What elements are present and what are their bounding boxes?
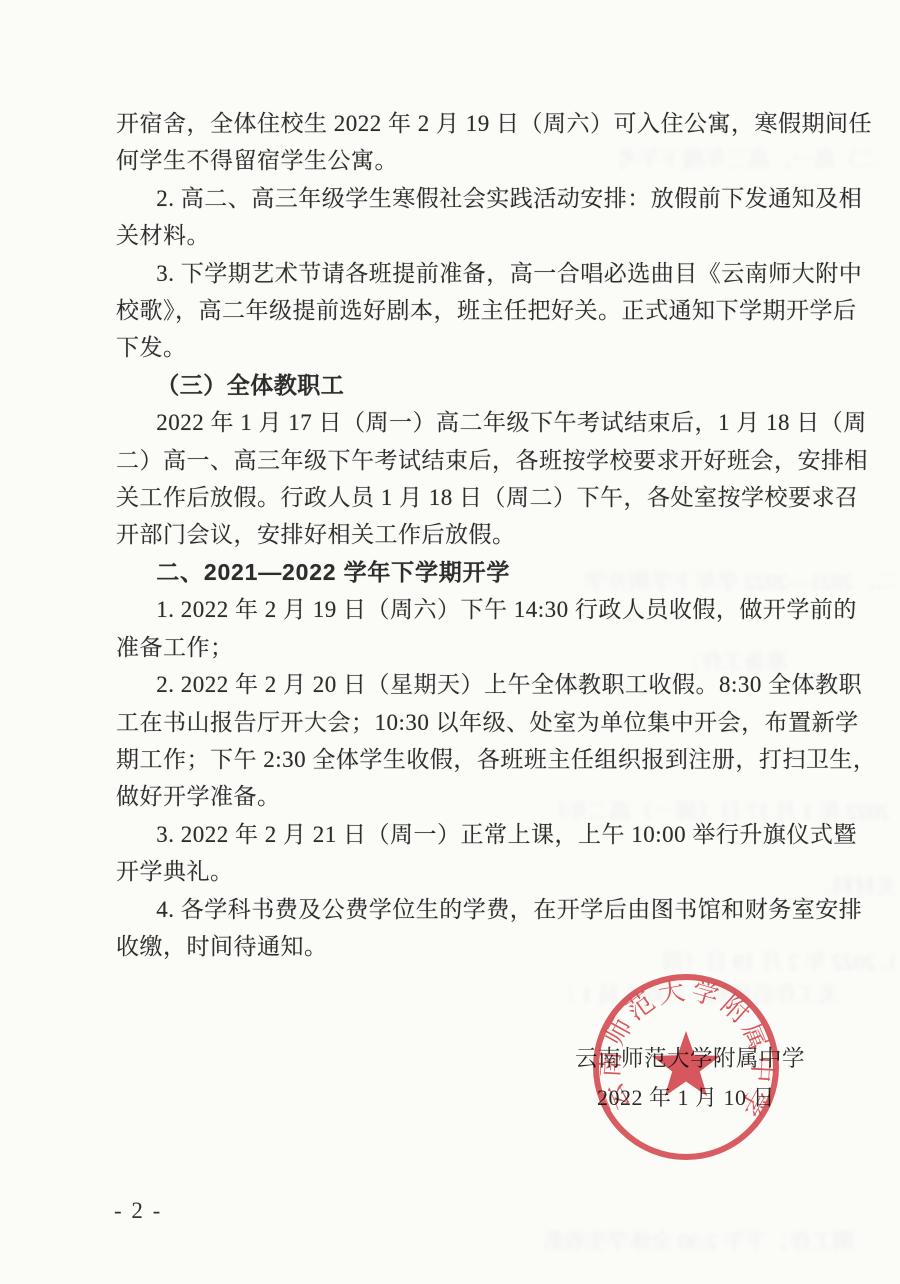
document-line: 开宿舍，全体住校生 2022 年 2 月 19 日（周六）可入住公寓，寒假期间任 bbox=[116, 105, 792, 142]
document-line: 二）高一、高三年级下午考试结束后，各班按学校要求开好班会，安排相 bbox=[116, 442, 792, 479]
page-number: - 2 - bbox=[114, 1198, 162, 1224]
document-line: 期工作；下午 2:30 全体学生收假，各班班主任组织报到注册，打扫卫生， bbox=[116, 741, 792, 778]
document-line: 下发。 bbox=[116, 329, 792, 366]
document-line: 4. 各学科书费及公费学位生的学费，在开学后由图书馆和财务室安排 bbox=[116, 891, 792, 928]
section-heading-semester-start: 二、2021—2022 学年下学期开学 bbox=[116, 554, 792, 591]
document-line: 3. 下学期艺术节请各班提前准备，高一合唱必选曲目《云南师大附中 bbox=[116, 255, 792, 292]
section-heading-staff: （三）全体教职工 bbox=[116, 367, 792, 404]
document-line: 何学生不得留宿学生公寓。 bbox=[116, 142, 792, 179]
document-page: 二）高一、高三年级下午考试结束后，各班按学校要求开好班会，安排相 二、2021—… bbox=[0, 0, 900, 1284]
document-line: 关工作后放假。行政人员 1 月 18 日（周二）下午，各处室按学校要求召 bbox=[116, 479, 792, 516]
document-body: 开宿舍，全体住校生 2022 年 2 月 19 日（周六）可入住公寓，寒假期间任… bbox=[116, 105, 792, 965]
document-line: 2. 高二、高三年级学生寒假社会实践活动安排：放假前下发通知及相 bbox=[116, 180, 792, 217]
document-line: 2022 年 1 月 17 日（周一）高二年级下午考试结束后，1 月 18 日（… bbox=[116, 404, 792, 441]
document-line: 3. 2022 年 2 月 21 日（周一）正常上课，上午 10:00 举行升旗… bbox=[116, 816, 792, 853]
document-line: 开部门会议，安排好相关工作后放假。 bbox=[116, 516, 792, 553]
document-line: 工在书山报告厅开大会；10:30 以年级、处室为单位集中开会，布置新学 bbox=[116, 704, 792, 741]
document-line: 收缴，时间待通知。 bbox=[116, 928, 792, 965]
document-line: 关材料。 bbox=[116, 217, 792, 254]
document-line: 校歌》，高二年级提前选好剧本，班主任把好关。正式通知下学期开学后 bbox=[116, 292, 792, 329]
official-seal: 云南师范大学附属中学 bbox=[586, 962, 786, 1172]
document-line: 2. 2022 年 2 月 20 日（星期天）上午全体教职工收假。8:30 全体… bbox=[116, 666, 792, 703]
bleed-through-text: 期工作；下午 2:30 全体学生收假，各班班主任组织报到注册，打扫卫生， bbox=[545, 1225, 855, 1256]
document-line: 开学典礼。 bbox=[116, 853, 792, 890]
document-line: 1. 2022 年 2 月 19 日（周六）下午 14:30 行政人员收假，做开… bbox=[116, 591, 792, 628]
star-icon bbox=[652, 1031, 720, 1096]
document-line: 做好开学准备。 bbox=[116, 778, 792, 815]
document-line: 准备工作； bbox=[116, 629, 792, 666]
